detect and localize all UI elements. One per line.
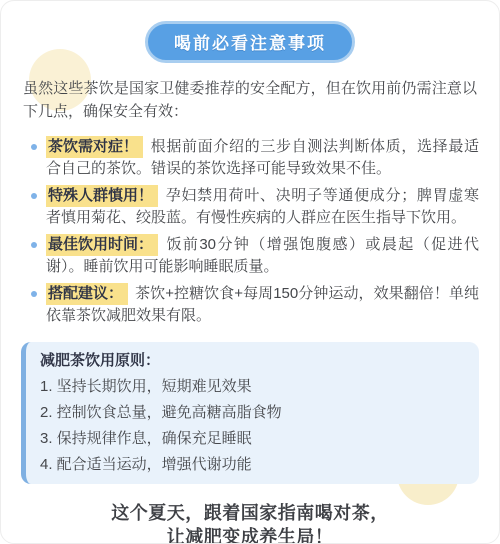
bullet-dot-icon — [31, 242, 37, 248]
slogan-line-2: 让减肥变成养生局！ — [1, 525, 499, 544]
tip-item-pairing-advice: 搭配建议：茶饮+控糖饮食+每周150分钟运动，效果翻倍！单纯依靠茶饮减肥效果有限… — [23, 283, 479, 326]
tip-text: 茶饮需对症！根据前面介绍的三步自测法判断体质，选择最适合自己的茶饮。错误的茶饮选… — [46, 136, 479, 179]
closing-slogan: 这个夏天，跟着国家指南喝对茶， 让减肥变成养生局！ — [1, 501, 499, 544]
tip-item-best-time: 最佳饮用时间：饭前30分钟（增强饱腹感）或晨起（促进代谢）。睡前饮用可能影响睡眠… — [23, 234, 479, 277]
principle-item: 1. 坚持长期饮用，短期难见效果 — [40, 374, 463, 400]
page-title: 喝前必看注意事项 — [174, 34, 326, 53]
tips-list: 茶饮需对症！根据前面介绍的三步自测法判断体质，选择最适合自己的茶饮。错误的茶饮选… — [23, 136, 479, 326]
principles-box: 减肥茶饮用原则： 1. 坚持长期饮用，短期难见效果 2. 控制饮食总量，避免高糖… — [21, 342, 479, 484]
tip-label-highlight: 茶饮需对症！ — [46, 136, 143, 158]
tip-text: 特殊人群慎用！孕妇禁用荷叶、决明子等通便成分；脾胃虚寒者慎用菊花、绞股蓝。有慢性… — [46, 185, 479, 228]
tip-label-highlight: 特殊人群慎用！ — [46, 185, 158, 207]
principle-item: 3. 保持规律作息，确保充足睡眠 — [40, 426, 463, 452]
slogan-line-1: 这个夏天，跟着国家指南喝对茶， — [1, 501, 499, 525]
bullet-dot-icon — [31, 291, 37, 297]
bullet-dot-icon — [31, 193, 37, 199]
tip-text: 搭配建议：茶饮+控糖饮食+每周150分钟运动，效果翻倍！单纯依靠茶饮减肥效果有限… — [46, 283, 479, 326]
tip-label-highlight: 最佳饮用时间： — [46, 234, 158, 256]
tip-text: 最佳饮用时间：饭前30分钟（增强饱腹感）或晨起（促进代谢）。睡前饮用可能影响睡眠… — [46, 234, 479, 277]
principle-item: 2. 控制饮食总量，避免高糖高脂食物 — [40, 400, 463, 426]
intro-paragraph: 虽然这些茶饮是国家卫健委推荐的安全配方，但在饮用前仍需注意以下几点，确保安全有效… — [23, 77, 477, 123]
tip-label-highlight: 搭配建议： — [46, 283, 128, 305]
tip-item-match-constitution: 茶饮需对症！根据前面介绍的三步自测法判断体质，选择最适合自己的茶饮。错误的茶饮选… — [23, 136, 479, 179]
bullet-dot-icon — [31, 144, 37, 150]
principles-title: 减肥茶饮用原则： — [40, 351, 463, 371]
principles-list: 1. 坚持长期饮用，短期难见效果 2. 控制饮食总量，避免高糖高脂食物 3. 保… — [40, 374, 463, 478]
principle-item: 4. 配合适当运动，增强代谢功能 — [40, 452, 463, 478]
tip-item-special-groups: 特殊人群慎用！孕妇禁用荷叶、决明子等通便成分；脾胃虚寒者慎用菊花、绞股蓝。有慢性… — [23, 185, 479, 228]
notice-card: 喝前必看注意事项 虽然这些茶饮是国家卫健委推荐的安全配方，但在饮用前仍需注意以下… — [0, 0, 500, 544]
header-badge: 喝前必看注意事项 — [145, 21, 355, 63]
